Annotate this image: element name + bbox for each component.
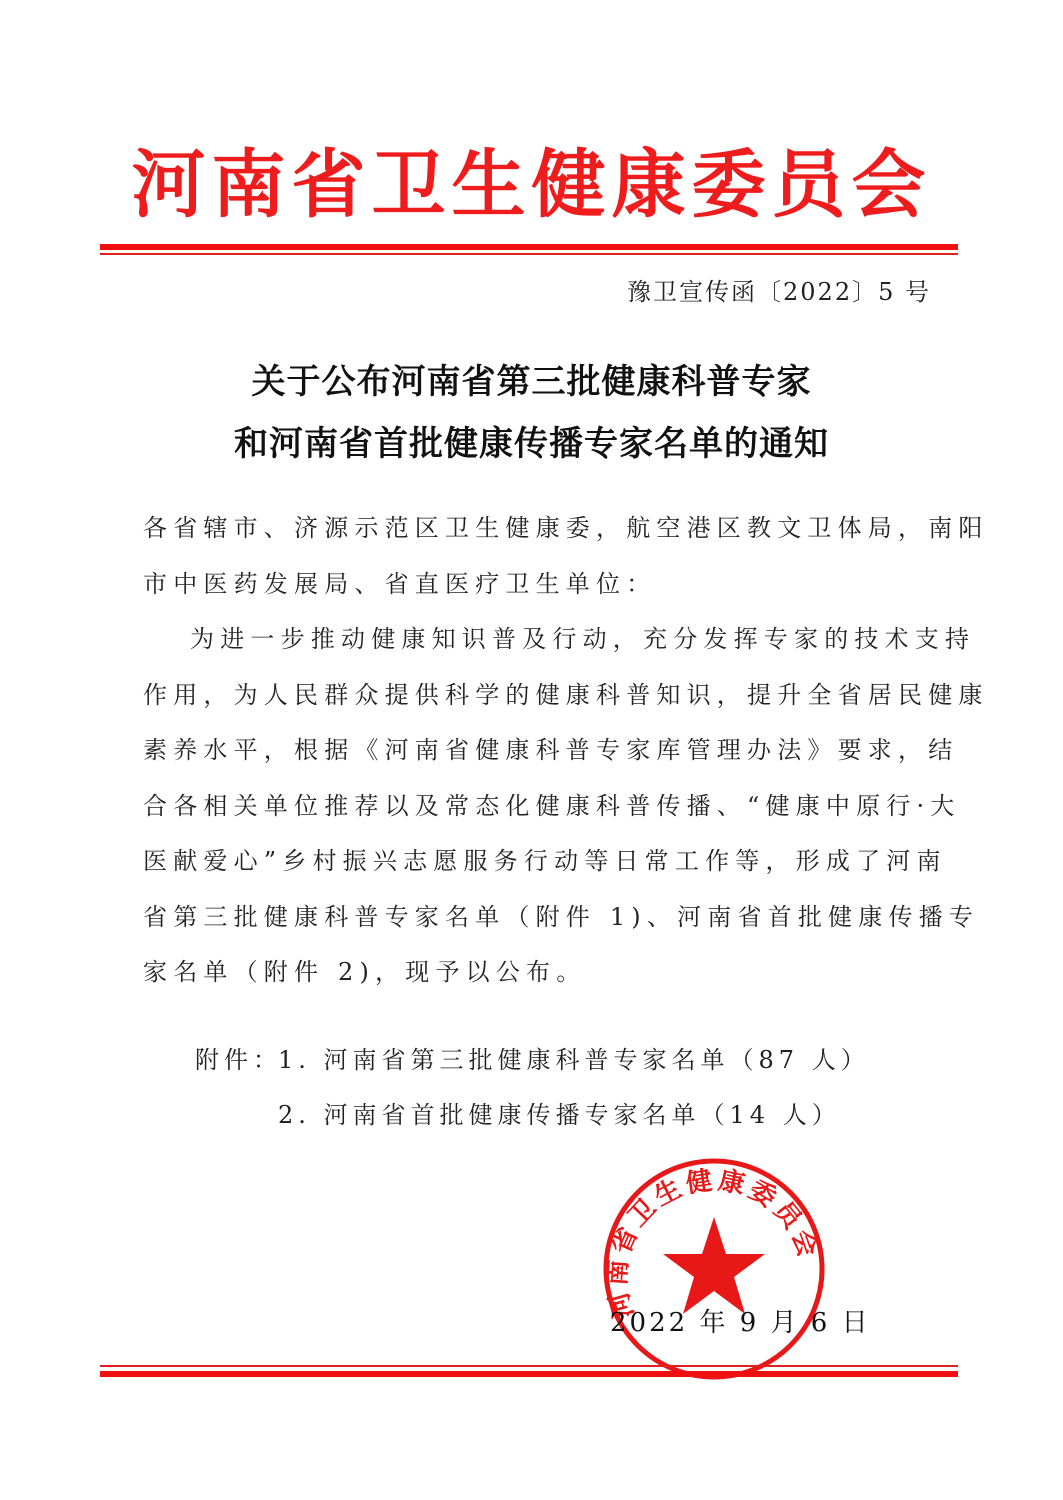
body-line: 各省辖市、济源示范区卫生健康委，航空港区教文卫体局，南阳 (143, 513, 923, 543)
attachment-item[interactable]: 1. 河南省第三批健康科普专家名单（87 人） (278, 1040, 870, 1075)
body-line: 合各相关单位推荐以及常态化健康科普传播、“健康中原行·大 (143, 791, 923, 821)
body-line: 素养水平，根据《河南省健康科普专家库管理办法》要求，结 (143, 735, 923, 765)
body-line: 作用，为人民群众提供科学的健康科普知识，提升全省居民健康 (143, 680, 923, 710)
footer-rule-thin (100, 1365, 958, 1367)
org-name-header: 河南省卫生健康委员会 (0, 140, 1063, 230)
footer-rule-thick (100, 1371, 958, 1377)
attachments-label: 附件： (195, 1040, 282, 1075)
attachment-item[interactable]: 2. 河南省首批健康传播专家名单（14 人） (278, 1095, 841, 1130)
header-rule-thick (100, 244, 958, 250)
issue-date: 2022 年 9 月 6 日 (610, 1302, 871, 1339)
body-line: 家名单（附件 2)，现予以公布。 (143, 957, 923, 987)
body-line: 市中医药发展局、省直医疗卫生单位： (143, 569, 923, 599)
star-icon (663, 1217, 765, 1314)
doc-title-line1: 关于公布河南省第三批健康科普专家 (0, 358, 1063, 406)
header-rule-thin (100, 253, 958, 255)
body-line: 为进一步推动健康知识普及行动，充分发挥专家的技术支持 (190, 624, 970, 654)
doc-title-line2: 和河南省首批健康传播专家名单的通知 (0, 420, 1063, 468)
doc-number: 豫卫宣传函〔2022〕5 号 (627, 272, 931, 307)
body-line: 省第三批健康科普专家名单（附件 1)、河南省首批健康传播专 (143, 902, 923, 932)
official-seal: 河南省卫生健康委员会 (600, 1155, 828, 1383)
body-line: 医献爱心”乡村振兴志愿服务行动等日常工作等，形成了河南 (143, 846, 923, 876)
